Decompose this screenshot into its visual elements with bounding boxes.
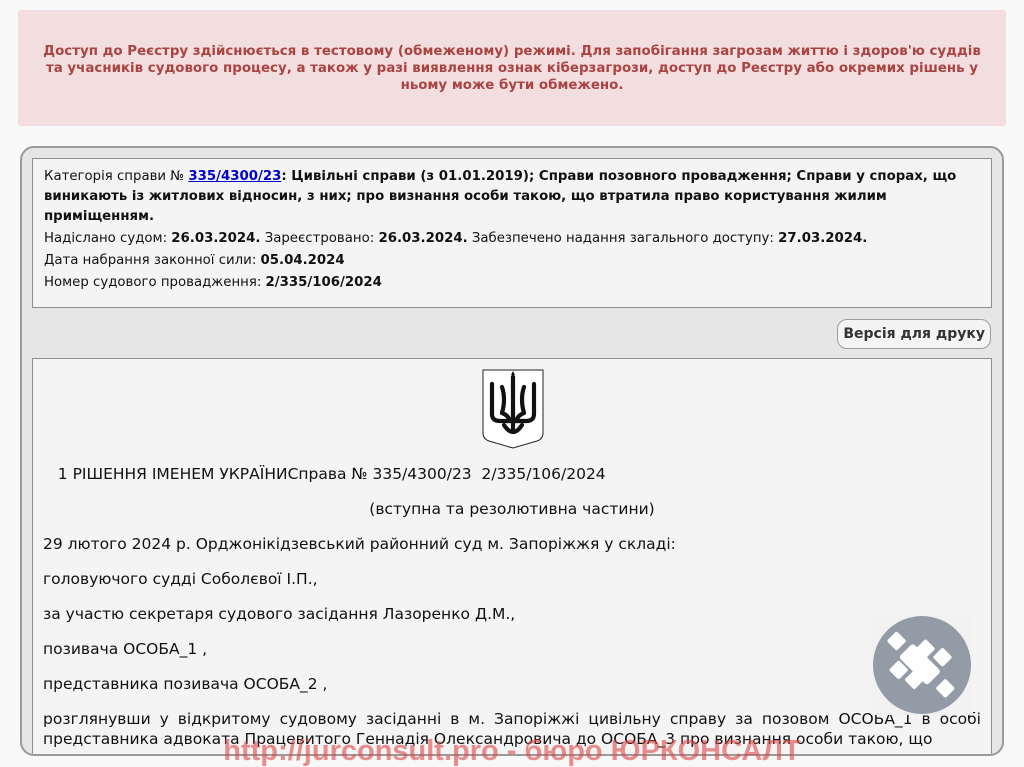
decision-secretary: за участю секретаря судового засідання Л… — [43, 604, 981, 624]
effective-date: Дата набрання законної сили: 05.04.2024 — [44, 251, 980, 271]
sent-value: 26.03.2024. — [171, 231, 260, 246]
sent-label: Надіслано судом: — [44, 231, 171, 246]
effective-value: 05.04.2024 — [261, 253, 345, 268]
decision-plaintiff: позивача ОСОБА_1 , — [43, 639, 981, 659]
coat-of-arms-icon — [482, 369, 544, 449]
case-number-link[interactable]: 335/4300/23 — [188, 169, 281, 184]
print-version-button[interactable]: Версія для друку — [837, 319, 991, 349]
public-access-label: Забезпечено надання загального доступу: — [468, 231, 779, 246]
decision-heading: 1 РІШЕННЯ ІМЕНЕМ УКРАЇНИСправа № 335/430… — [43, 464, 981, 484]
case-category: Категорія справи № 335/4300/23: Цивільні… — [44, 167, 980, 227]
decision-text-box: 1 РІШЕННЯ ІМЕНЕМ УКРАЇНИСправа № 335/430… — [32, 358, 992, 756]
watermark-logo — [871, 615, 973, 715]
decision-body-paragraph: розглянувши у відкритому судовому засіда… — [43, 709, 981, 749]
case-dates: Надіслано судом: 26.03.2024. Зареєстрова… — [44, 229, 980, 249]
notice-text: Доступ до Реєстру здійснюється в тестово… — [34, 43, 990, 94]
decision-date-court: 29 лютого 2024 р. Орджонікідзевський рай… — [43, 534, 981, 554]
proceeding-value: 2/335/106/2024 — [266, 275, 382, 290]
proceeding-label: Номер судового провадження: — [44, 275, 266, 290]
case-info-box: Категорія справи № 335/4300/23: Цивільні… — [32, 158, 992, 308]
decision-panel: Категорія справи № 335/4300/23: Цивільні… — [20, 146, 1004, 756]
registry-notice: Доступ до Реєстру здійснюється в тестово… — [18, 10, 1006, 126]
effective-label: Дата набрання законної сили: — [44, 253, 261, 268]
puzzle-logo-icon — [871, 615, 973, 715]
category-label: Категорія справи № — [44, 169, 188, 184]
decision-subheading: (вступна та резолютивна частини) — [33, 499, 991, 519]
decision-judge: головуючого судді Соболєвої І.П., — [43, 569, 981, 589]
decision-plaintiff-representative: представника позивача ОСОБА_2 , — [43, 674, 981, 694]
public-access-value: 27.03.2024. — [778, 231, 867, 246]
proceeding-number: Номер судового провадження: 2/335/106/20… — [44, 273, 980, 293]
registered-label: Зареєстровано: — [260, 231, 378, 246]
registered-value: 26.03.2024. — [378, 231, 467, 246]
